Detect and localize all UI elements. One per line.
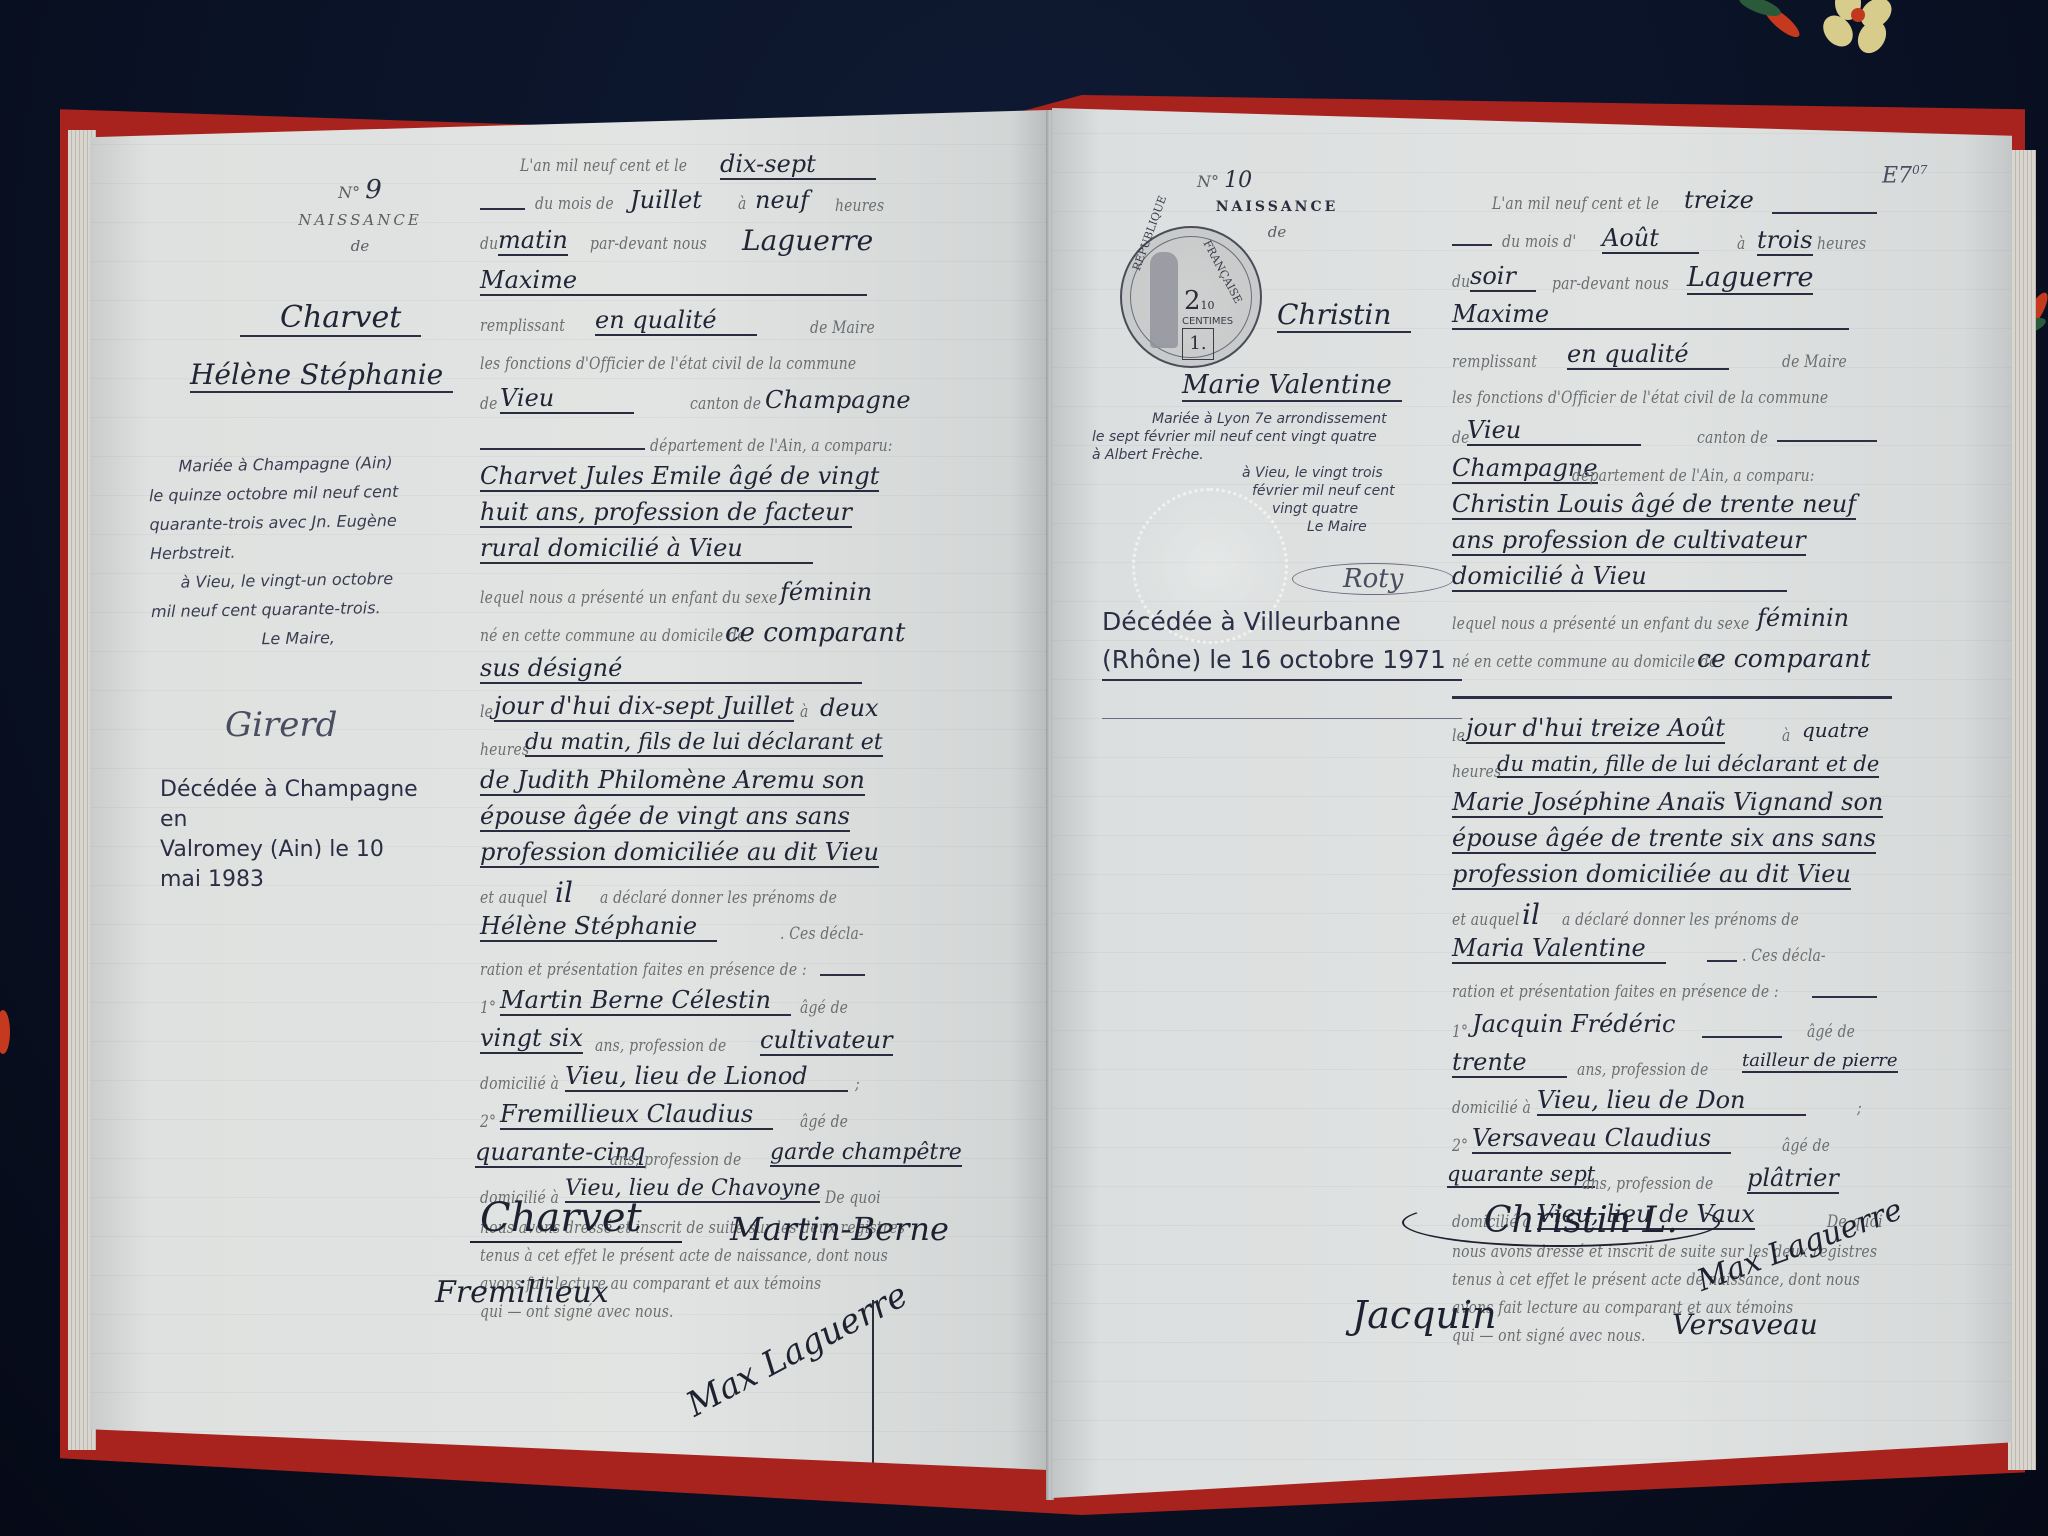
- death-annotation: Décédée à Champagne en Valromey (Ain) le…: [160, 775, 440, 895]
- signature-flourish: [872, 1300, 874, 1470]
- act-header: N° 10 NAISSANCE de: [1177, 168, 1377, 241]
- death-annotation: Décédée à Villeurbanne (Rhône) le 16 oct…: [1102, 603, 1462, 681]
- act-header: N° 9 NAISSANCE de: [260, 175, 460, 255]
- act-number: 10: [1224, 168, 1252, 193]
- act-type: NAISSANCE: [260, 211, 460, 229]
- mayor-signature: Girerd: [225, 705, 337, 745]
- signature-declarant: Christin L.: [1402, 1198, 1720, 1247]
- act-number: 9: [365, 175, 382, 205]
- archivist-mark: E707: [1882, 163, 1927, 188]
- fabric-flower-decoration: [0, 1010, 20, 1050]
- act-body: L'an mil neuf cent et letreize du mois d…: [1452, 186, 1992, 1348]
- signature-declarant: Charvet: [470, 1195, 682, 1243]
- child-surname: Christin: [1277, 298, 1411, 333]
- child-given-names: Hélène Stéphanie: [190, 358, 453, 393]
- left-page: N° 9 NAISSANCE de Charvet Hélène Stéphan…: [90, 110, 1048, 1470]
- act-body: L'an mil neuf cent et ledix-sept du mois…: [480, 150, 1040, 1324]
- right-page: E707 RÉPUBLIQUE FRANÇAISE 210 CENTIMES 1…: [1052, 108, 2012, 1498]
- mayor-signature: Roty: [1292, 563, 1454, 595]
- child-given-names: Marie Valentine: [1182, 370, 1402, 402]
- signature-witness-1: Jacquin: [1352, 1293, 1497, 1337]
- signature-witness-2: Fremillieux: [435, 1275, 609, 1310]
- child-surname: Charvet: [240, 300, 421, 337]
- marriage-annotation: Mariée à Champagne (Ain) le quinze octob…: [148, 448, 402, 655]
- fiscal-stamp: RÉPUBLIQUE FRANÇAISE 210 CENTIMES 1.: [1120, 226, 1262, 368]
- signature-witness-2: Versaveau: [1672, 1308, 1818, 1341]
- signature-witness-1: Martin-Berne: [730, 1210, 949, 1248]
- stamp-value: 210: [1184, 286, 1215, 316]
- page-edges-right: [2008, 150, 2036, 1470]
- fabric-flower-decoration: [1815, 0, 1925, 60]
- act-type: NAISSANCE: [1177, 199, 1377, 215]
